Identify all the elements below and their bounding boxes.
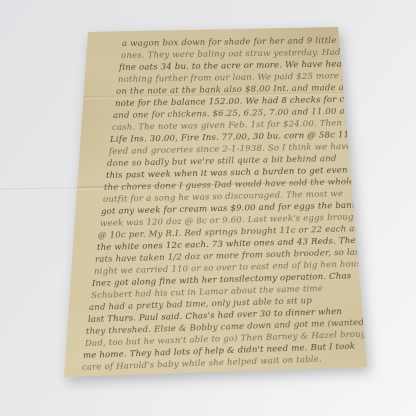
letter-paper-shadow: a wagon box down for shade for her and 9… [0, 0, 416, 416]
photo-background: a wagon box down for shade for her and 9… [0, 0, 416, 416]
handwriting-text-block: a wagon box down for shade for her and 9… [96, 38, 362, 374]
letter-paper: a wagon box down for shade for her and 9… [0, 0, 416, 416]
